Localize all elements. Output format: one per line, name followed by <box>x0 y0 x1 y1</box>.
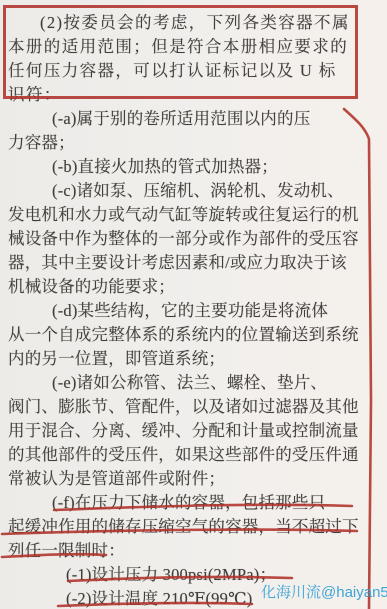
text-line: (-a)属于别的卷所适用范围以内的压 <box>8 107 383 131</box>
document-lines: (2)按委员会的考虑，下列各类容器不属本册的适用范围；但是符合本册相应要求的任何… <box>8 11 383 609</box>
text-line: (-c)诸如泵、压缩机、涡轮机、发动机、 <box>8 179 383 203</box>
text-line: 器，其中主要设计考虑因素和/或应力取决于该 <box>8 251 383 275</box>
text-line: 阀门、膨胀节、管配件，以及诸如过滤器及其他 <box>8 395 383 419</box>
text-line: 内的另一位置，即管道系统； <box>8 347 383 371</box>
text-line: 的其他部件的受压件，如果这些部件的受压件通 <box>8 443 383 467</box>
text-line: 任何压力容器，可以打认证标记以及 U 标 <box>8 59 383 83</box>
text-line: 从一个自成完整体系的系统内的位置输送到系统 <box>8 323 383 347</box>
text-line: 发电机和水力或气动气缸等旋转或往复运行的机 <box>8 203 383 227</box>
text-line: (-e)诸如公称管、法兰、螺栓、垫片、 <box>8 371 383 395</box>
text-line: 识符： <box>8 83 383 107</box>
text-line: 起缓冲作用的储存压缩空气的容器，当不超过下 <box>8 515 383 539</box>
text-line: (-f)在压力下储水的容器，包括那些只 <box>8 491 383 515</box>
watermark: 化海川流@haiyan568 <box>261 584 387 602</box>
scanned-document-page: (2)按委员会的考虑，下列各类容器不属本册的适用范围；但是符合本册相应要求的任何… <box>0 0 387 609</box>
text-line: (-d)某些结构，它的主要功能是将流体 <box>8 299 383 323</box>
text-line: 列任一限制时： <box>8 539 383 563</box>
text-line: (-b)直接火加热的管式加热器； <box>8 155 383 179</box>
text-line: 本册的适用范围；但是符合本册相应要求的 <box>8 35 383 59</box>
text-line: 常被认为是管道部件或附件； <box>8 467 383 491</box>
text-line: 械设备中作为整体的一部分或作为部件的受压容 <box>8 227 383 251</box>
text-line: (2)按委员会的考虑，下列各类容器不属 <box>8 11 383 35</box>
text-line: 用于混合、分离、缓冲、分配和计量或控制流量 <box>8 419 383 443</box>
text-line: 机械设备的功能要求； <box>8 275 383 299</box>
text-line: 力容器； <box>8 131 383 155</box>
